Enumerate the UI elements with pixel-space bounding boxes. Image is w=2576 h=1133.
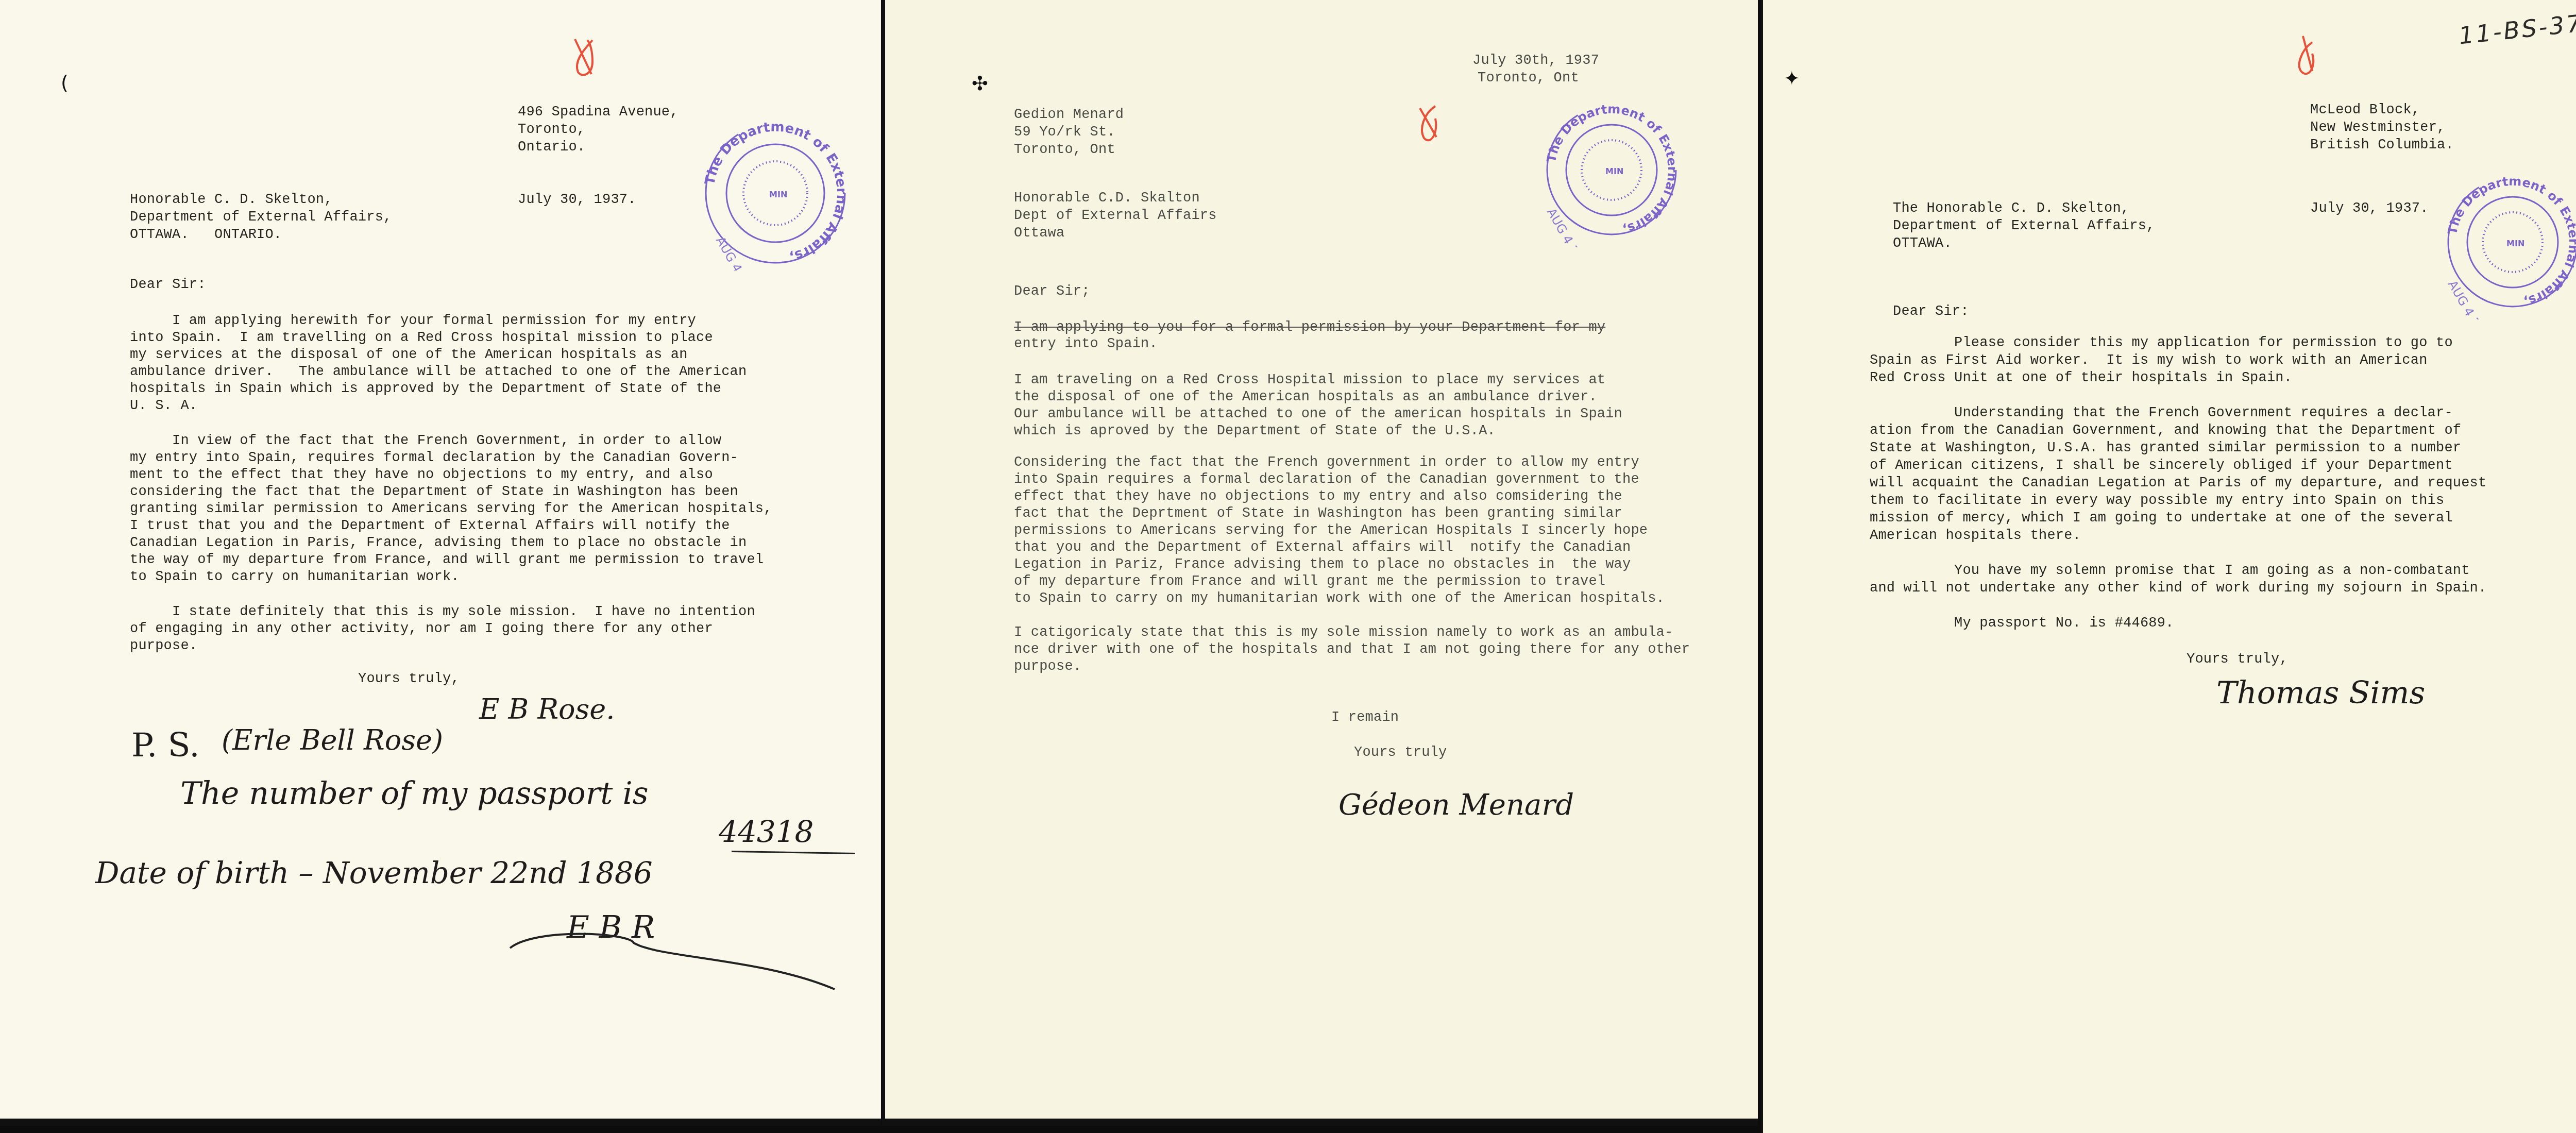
text-line: AUG 4 1937 [2445, 278, 2495, 319]
text-line: Canadian Legation in Paris, France, advi… [130, 534, 747, 553]
text-line: Spain as First Aid worker. It is my wish… [1870, 351, 2428, 370]
letter-date: July 30, 1937. [518, 191, 636, 210]
salutation: Dear Sir; [1014, 282, 1090, 301]
closing: Yours truly [1354, 743, 1447, 763]
text-line: State at Washington, U.S.A. has granted … [1870, 439, 2461, 458]
text-line: the way of my departure from France, and… [130, 551, 764, 570]
text-line: I am applying herewith for your formal p… [130, 312, 696, 331]
signature: E B Rose. [479, 693, 615, 725]
file-number: 11-BS-37 [2458, 9, 2576, 49]
text-line: the disposal of one of the American hosp… [1014, 388, 1597, 407]
text-line: Ottawa [1014, 224, 1064, 243]
text-line: Gedion Menard [1014, 106, 1124, 125]
text-line: 496 Spadina Avenue, [518, 103, 679, 122]
text-line: Honorable C.D. Skalton [1014, 189, 1200, 208]
birth-date-handwritten: Date of birth – November 22nd 1886 [95, 855, 653, 890]
letter-page-menard: ✣ July 30th, 1937 Toronto, Ont Gedion Me… [882, 0, 1758, 1126]
text-line: Department of External Affairs, [1893, 217, 2155, 236]
text-line: Toronto, Ont [1478, 69, 1579, 88]
text-line: ation from the Canadian Government, and … [1870, 421, 2461, 441]
text-line: July 30th, 1937 [1472, 52, 1599, 71]
text-line: that you and the Department of External … [1014, 538, 1631, 557]
red-check-mark-icon [2294, 35, 2316, 76]
text-line: ambulance driver. The ambulance will be … [130, 363, 747, 382]
text-line: to Spain to carry on humanitarian work. [130, 568, 460, 587]
text-line: MIN [769, 190, 787, 199]
received-date-stamp: The Department of External Affairs, MIN … [2435, 165, 2576, 319]
text-line: McLeod Block, [2310, 101, 2420, 120]
text-line: of my departure from France and will gra… [1014, 572, 1605, 591]
text-line: OTTAWA. ONTARIO. [130, 226, 282, 245]
text-line: Dept of External Affairs [1014, 207, 1217, 226]
text-line: In view of the fact that the French Gove… [130, 432, 721, 451]
text-line: my entry into Spain, requires formal dec… [130, 449, 738, 468]
text-line: Honorable C. D. Skelton, [130, 191, 333, 210]
text-line: Please consider this my application for … [1870, 334, 2453, 353]
letter-date: July 30, 1937. [2310, 199, 2429, 218]
text-line: MIN [2506, 239, 2524, 248]
text-line: 59 Yo/rk St. [1014, 123, 1115, 142]
passport-number-handwritten: 44318 [719, 814, 814, 849]
text-line: which is aproved by the Department of St… [1014, 422, 1496, 441]
text-line: into Spain requires a formal declaration… [1014, 470, 1639, 489]
closing: Yours truly, [2187, 650, 2288, 669]
received-date-stamp: The Department of External Affairs, MIN … [1534, 93, 1689, 247]
text-line: ment to the effect that they have no obj… [130, 466, 713, 485]
text-line: and will not undertake any other kind of… [1870, 579, 2486, 598]
text-line: purpose. [130, 637, 197, 656]
text-line: my services at the disposal of one of th… [130, 346, 688, 365]
text-line: mission of mercy, which I am going to un… [1870, 509, 2453, 528]
letter-page-sims: ✦ 11-BS-37 McLeod Block, New Westminster… [1761, 0, 2576, 1133]
text-line: fact that the Deprtment of State in Wash… [1014, 504, 1622, 523]
full-name-handwritten: (Erle Bell Rose) [222, 724, 443, 756]
text-line: Department of External Affairs, [130, 208, 392, 227]
text-line: nce driver with one of the hospitals and… [1014, 640, 1690, 659]
punch-mark-icon: ✦ [1784, 67, 1800, 90]
text-line: MIN [1605, 166, 1623, 176]
ps-passport-line: The number of my passport is [180, 775, 649, 811]
passport-number-line: My passport No. is #44689. [1870, 614, 2174, 633]
text-line: American hospitals there. [1870, 527, 2081, 546]
text-line: Ontario. [518, 138, 585, 157]
red-check-mark-icon [572, 36, 595, 77]
salutation: Dear Sir: [130, 276, 206, 295]
salutation: Dear Sir: [1893, 302, 1969, 322]
text-line: considering the fact that the Department… [130, 483, 738, 502]
passport-underline [732, 851, 855, 854]
text-line: I state definitely that this is my sole … [130, 603, 755, 622]
text-line: Considering the fact that the French gov… [1014, 453, 1639, 472]
text-line: Our ambulance will be attached to one of… [1014, 405, 1622, 424]
text-line: hospitals in Spain which is approved by … [130, 380, 721, 399]
text-line: OTTAWA. [1893, 234, 1952, 253]
text-line: British Columbia. [2310, 136, 2454, 155]
text-line: them to facilitate in every way possible… [1870, 492, 2444, 511]
punch-mark-icon: ( [61, 71, 69, 94]
text-line: purpose. [1014, 657, 1081, 677]
closing: Yours truly, [358, 670, 460, 689]
text-line: effect that they have no objections to m… [1014, 487, 1622, 506]
text-line: granting similar permission to Americans… [130, 500, 772, 519]
signature: Thomas Sims [2216, 675, 2425, 711]
text-line: will acquaint the Canadian Legation at P… [1870, 474, 2486, 493]
text-line: of engaging in any other activity, nor a… [130, 620, 713, 639]
text-line: into Spain. I am travelling on a Red Cro… [130, 329, 713, 348]
text-line: Red Cross Unit at one of their hospitals… [1870, 369, 2292, 388]
punch-mark-icon: ✣ [972, 72, 988, 95]
text-line: AUG 4 1937 [1544, 206, 1594, 247]
closing-remain: I remain [1331, 708, 1399, 728]
text-line: of American citizens, I shall be sincere… [1870, 456, 2453, 476]
received-date-stamp: The Department of External Affairs, MIN … [698, 116, 853, 270]
text-line: I am traveling on a Red Cross Hospital m… [1014, 371, 1605, 390]
text-line: U. S. A. [130, 397, 197, 416]
letter-page-rose: ( 496 Spadina Avenue, Toronto, Ontario. … [0, 0, 881, 1126]
text-line: I catigoricaly state that this is my sol… [1014, 623, 1673, 642]
initials-flourish [505, 927, 840, 994]
text-line: entry into Spain. [1014, 335, 1158, 354]
red-check-mark-icon [1417, 103, 1439, 144]
text-line: The Honorable C. D. Skelton, [1893, 199, 2129, 218]
text-line: Legation in Pariz, France advising them … [1014, 555, 1631, 574]
text-line: New Westminster, [2310, 119, 2445, 138]
text-line: You have my solemn promise that I am goi… [1870, 562, 2470, 581]
text-line: Toronto, Ont [1014, 141, 1115, 160]
text-line: Toronto, [518, 121, 585, 140]
text-line: Understanding that the French Government… [1870, 404, 2453, 423]
text-line: I trust that you and the Department of E… [130, 517, 730, 536]
text-line: to Spain to carry on my humanitarian wor… [1014, 589, 1665, 608]
signature: Gédeon Menard [1338, 788, 1574, 822]
ps-label: P. S. [131, 726, 200, 765]
text-line: permissions to Americans serving for the… [1014, 521, 1648, 540]
